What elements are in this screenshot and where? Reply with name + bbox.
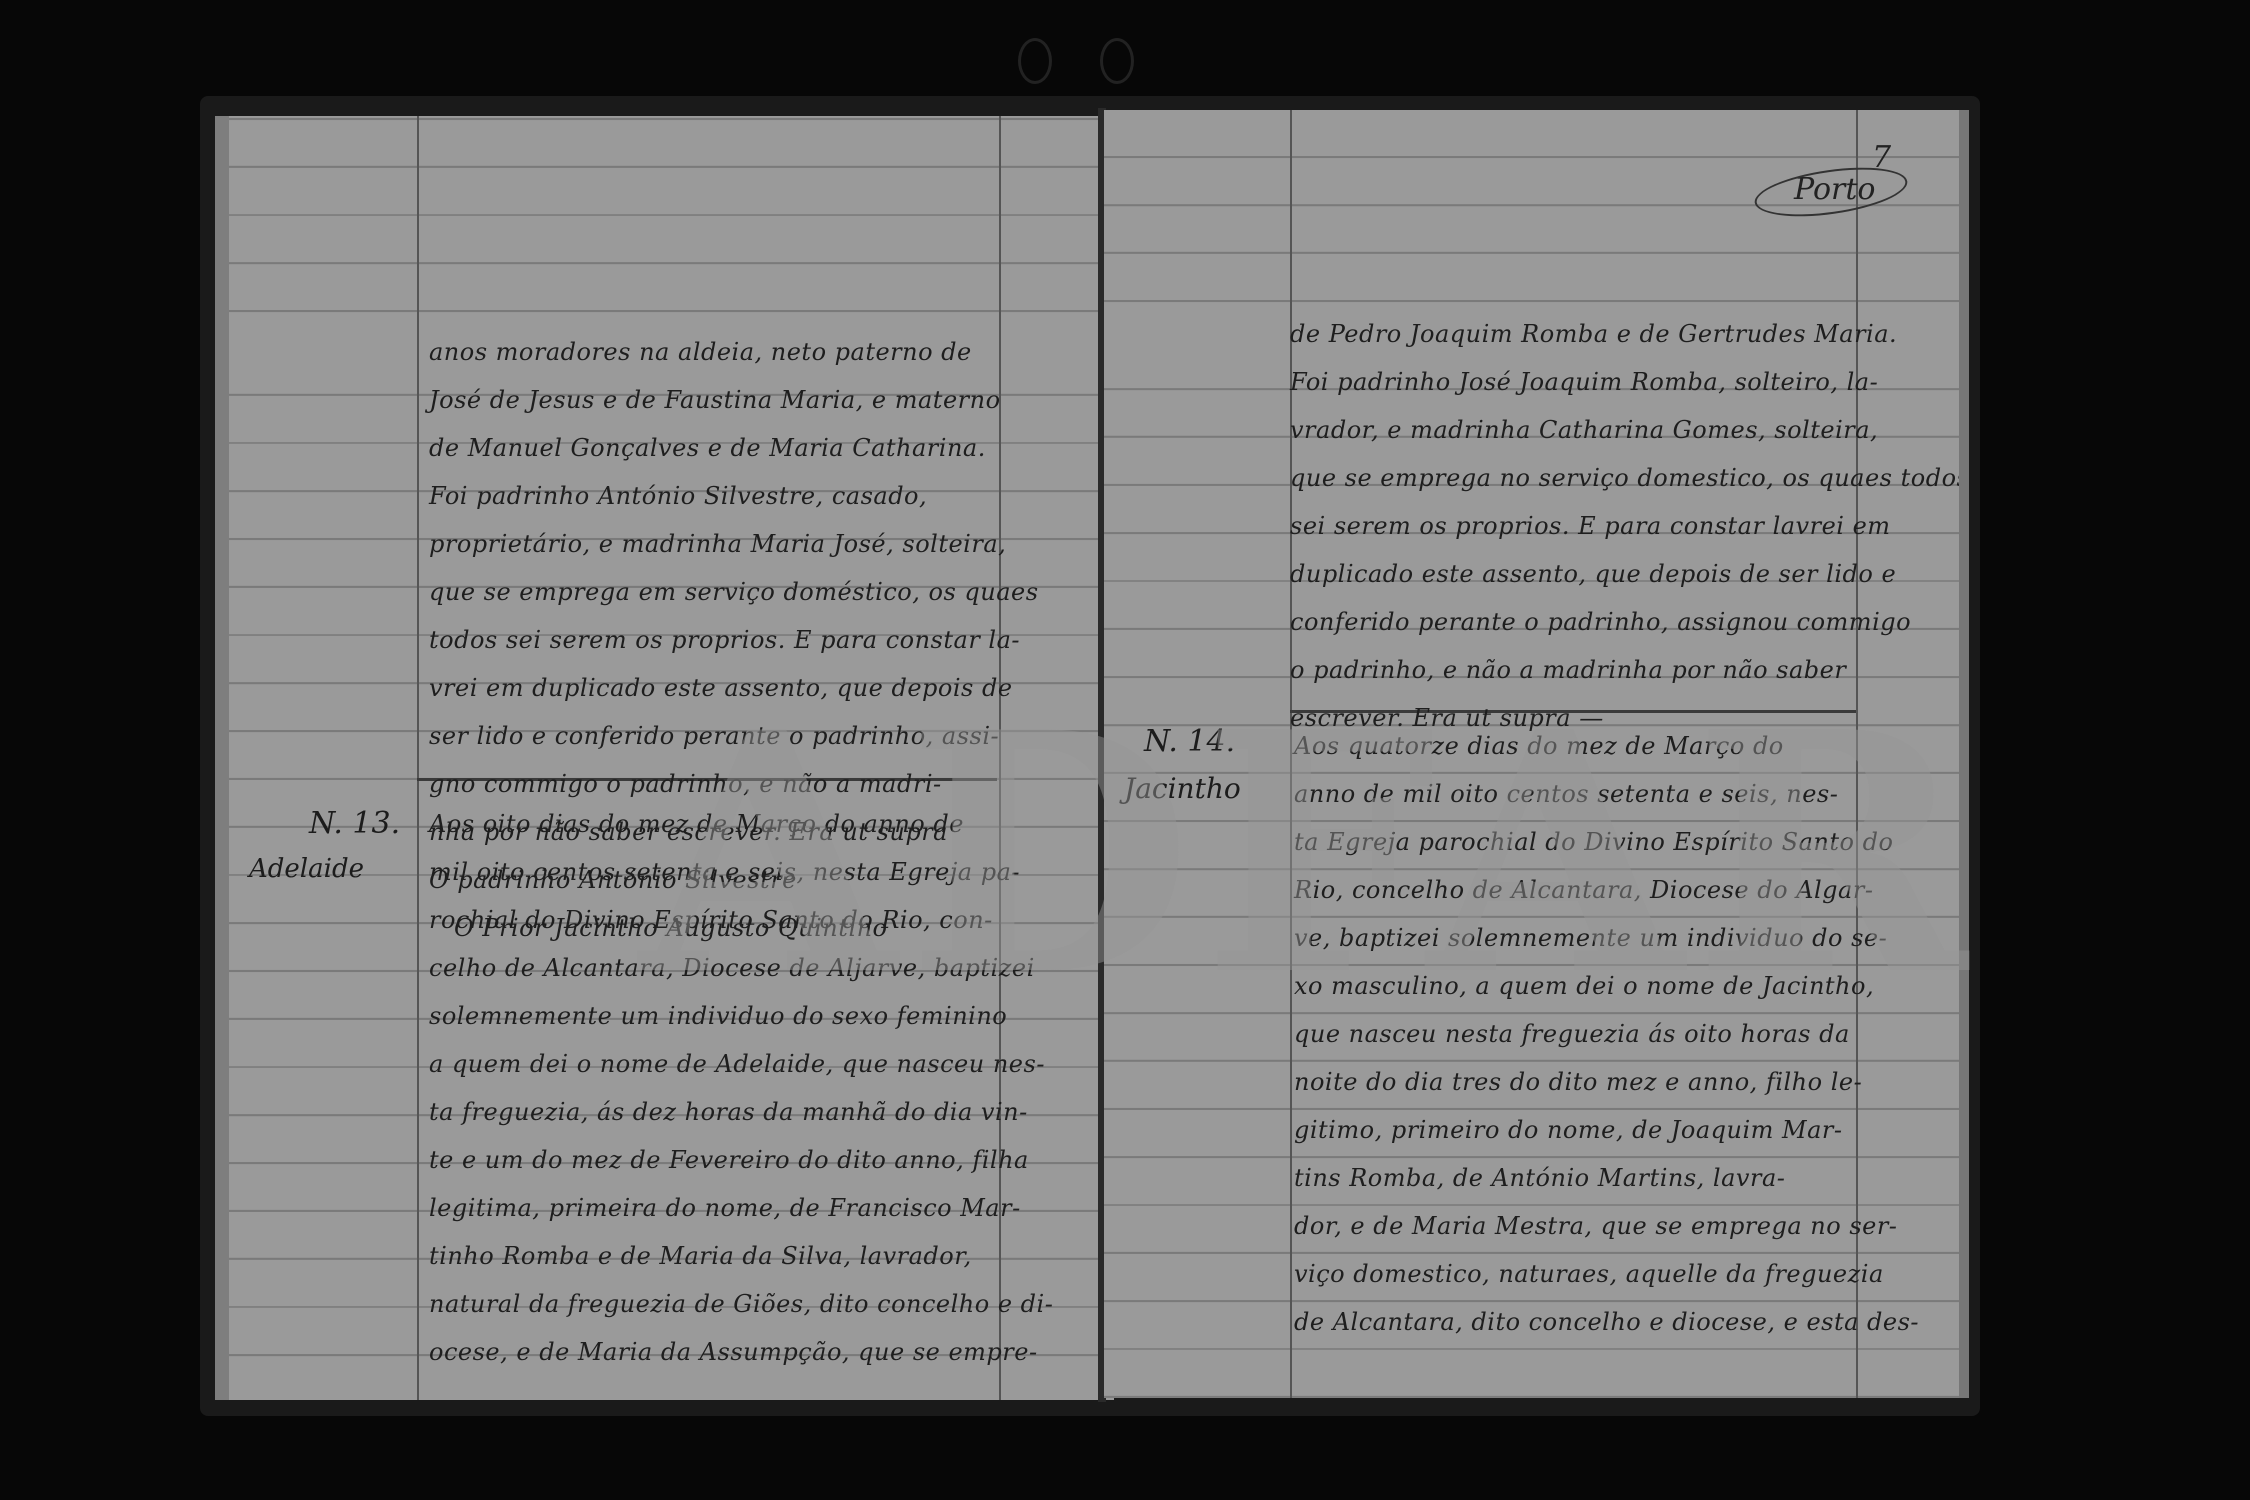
text-line: ve, baptizei solemnemente um individuo d…	[1294, 924, 1887, 952]
text-line: gno commigo o padrinho, e não a madri-	[429, 770, 942, 798]
text-line: dor, e de Maria Mestra, que se emprega n…	[1294, 1212, 1897, 1240]
binding-clasp-left	[1018, 38, 1052, 84]
binding-clasp-right	[1100, 38, 1134, 84]
text-line: legitima, primeira do nome, de Francisco…	[429, 1194, 1021, 1222]
text-line: que se emprega em serviço doméstico, os …	[429, 578, 1039, 606]
text-line: ocese, e de Maria da Assumpção, que se e…	[429, 1338, 1038, 1366]
right-margin-rule	[1856, 110, 1858, 1398]
margin-rule	[417, 116, 419, 1400]
text-line: duplicado este assento, que depois de se…	[1290, 560, 1896, 588]
entry-name: Adelaide	[249, 854, 364, 884]
text-line: Aos quatorze dias do mez de Março do	[1294, 732, 1784, 760]
right-page: 7 Porto de Pedro Joaquim Romba e de Gert…	[1104, 110, 1969, 1398]
text-line: xo masculino, a quem dei o nome de Jacin…	[1294, 972, 1874, 1000]
text-line: Foi padrinho José Joaquim Romba, solteir…	[1290, 368, 1878, 396]
text-line: rochial do Divino Espírito Santo do Rio,…	[429, 906, 993, 934]
text-line: natural da freguezia de Giões, dito conc…	[429, 1290, 1053, 1318]
text-line: todos sei serem os proprios. E para cons…	[429, 626, 1020, 654]
text-line: tinho Romba e de Maria da Silva, lavrado…	[429, 1242, 972, 1270]
text-line: ser lido e conferido perante o padrinho,…	[429, 722, 999, 750]
text-line: gitimo, primeiro do nome, de Joaquim Mar…	[1294, 1116, 1843, 1144]
text-line: Rio, concelho de Alcantara, Diocese do A…	[1294, 876, 1873, 904]
text-line: escrever. Era ut supra —	[1290, 704, 1604, 732]
text-line: noite do dia tres do dito mez e anno, fi…	[1294, 1068, 1862, 1096]
text-line: de Pedro Joaquim Romba e de Gertrudes Ma…	[1290, 320, 1897, 348]
text-line: vrei em duplicado este assento, que depo…	[429, 674, 1013, 702]
text-line: Aos oito dias do mez de Março do anno de	[429, 810, 964, 838]
text-line: anno de mil oito centos setenta e seis, …	[1294, 780, 1838, 808]
text-line: Foi padrinho António Silvestre, casado,	[429, 482, 927, 510]
entry-number: N. 13.	[309, 806, 400, 841]
text-line: ta Egreja parochial do Divino Espírito S…	[1294, 828, 1893, 856]
text-line: tins Romba, de António Martins, lavra-	[1294, 1164, 1785, 1192]
entry-number: N. 14.	[1144, 724, 1235, 759]
text-line: o padrinho, e não a madrinha por não sab…	[1290, 656, 1846, 684]
text-line: vrador, e madrinha Catharina Gomes, solt…	[1290, 416, 1878, 444]
text-line: José de Jesus e de Faustina Maria, e mat…	[429, 386, 1001, 414]
text-line: te e um do mez de Fevereiro do dito anno…	[429, 1146, 1029, 1174]
text-line: de Manuel Gonçalves e de Maria Catharina…	[429, 434, 986, 462]
left-page: anos moradores na aldeia, neto paterno d…	[215, 116, 1114, 1400]
text-line: viço domestico, naturaes, aquelle da fre…	[1294, 1260, 1884, 1288]
text-line: que se emprega no serviço domestico, os …	[1290, 464, 1969, 492]
margin-rule	[1290, 110, 1292, 1398]
text-line: mil oito centos setenta e seis, nesta Eg…	[429, 858, 1020, 886]
text-line: a quem dei o nome de Adelaide, que nasce…	[429, 1050, 1045, 1078]
text-line: que nasceu nesta freguezia ás oito horas…	[1294, 1020, 1850, 1048]
text-line: ta freguezia, ás dez horas da manhã do d…	[429, 1098, 1028, 1126]
text-line: anos moradores na aldeia, neto paterno d…	[429, 338, 972, 366]
text-line: proprietário, e madrinha Maria José, sol…	[429, 530, 1006, 558]
text-line: conferido perante o padrinho, assignou c…	[1290, 608, 1911, 636]
text-line: solemnemente um individuo do sexo femini…	[429, 1002, 1007, 1030]
text-line: celho de Alcantara, Diocese de Aljarve, …	[429, 954, 1035, 982]
text-line: sei serem os proprios. E para constar la…	[1290, 512, 1891, 540]
text-line: de Alcantara, dito concelho e diocese, e…	[1294, 1308, 1919, 1336]
entry-name: Jacintho	[1124, 772, 1241, 805]
